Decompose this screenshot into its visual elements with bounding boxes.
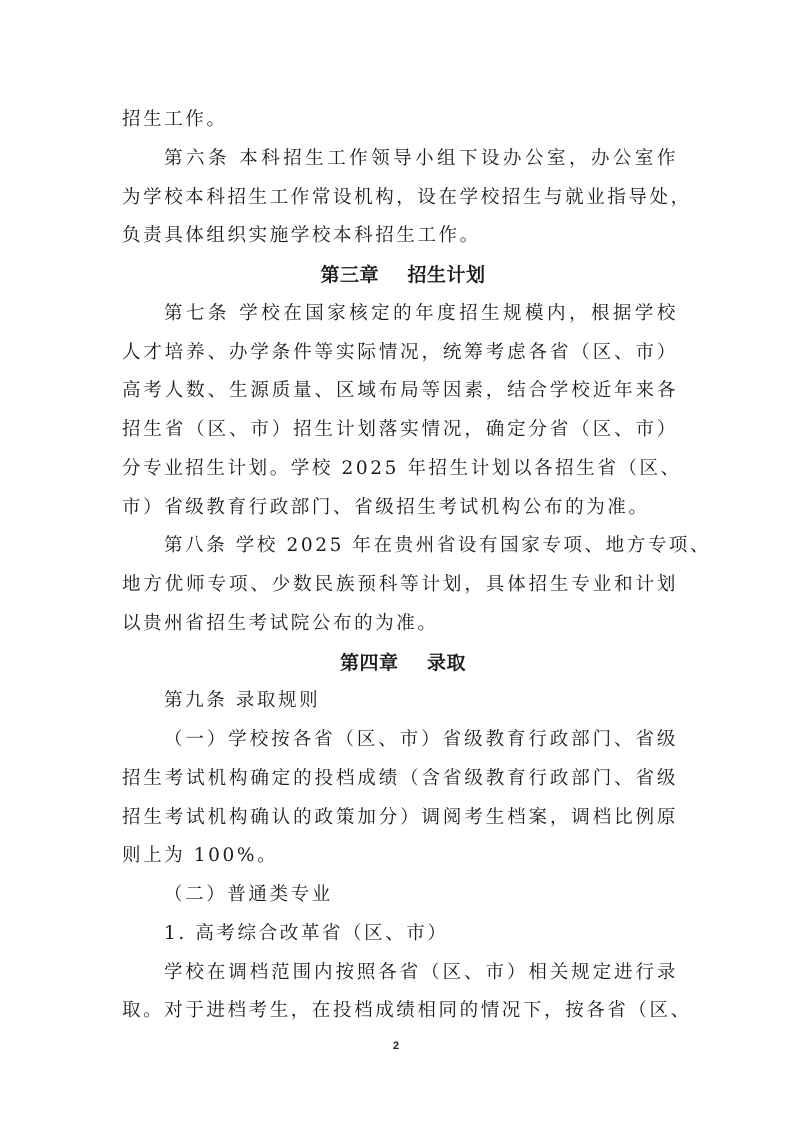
paragraph-first-line: 第九条 录取规则 [122, 682, 678, 721]
paragraph-first-line: （二）普通类专业 [122, 876, 678, 915]
paragraph-line: 地方优师专项、少数民族预科等计划，具体招生专业和计划 [122, 566, 678, 605]
paragraph-line: 为学校本科招生工作常设机构，设在学校招生与就业指导处， [122, 179, 678, 218]
paragraph-line: 负责具体组织实施学校本科招生工作。 [122, 217, 678, 256]
paragraph-line: 分专业招生计划。学校 2025 年招生计划以各招生省（区、 [122, 450, 678, 489]
page-number: 2 [0, 1040, 792, 1052]
paragraph-line: 则上为 100%。 [122, 837, 678, 876]
paragraph-line: 取。对于进档考生，在投档成绩相同的情况下，按各省（区、 [122, 992, 678, 1031]
paragraph-line: 招生省（区、市）招生计划落实情况，确定分省（区、市） [122, 411, 678, 450]
paragraph-line: 招生工作。 [122, 101, 678, 140]
paragraph-line: 招生考试机构确认的政策加分）调阅考生档案，调档比例原 [122, 799, 678, 838]
paragraph-line: 人才培养、办学条件等实际情况，统筹考虑各省（区、市） [122, 334, 678, 373]
paragraph-line: 市）省级教育行政部门、省级招生考试机构公布的为准。 [122, 489, 678, 528]
paragraph-line: 以贵州省招生考试院公布的为准。 [122, 605, 678, 644]
paragraph-first-line: 第七条 学校在国家核定的年度招生规模内，根据学校 [122, 295, 678, 334]
document-page: 招生工作。第六条 本科招生工作领导小组下设办公室，办公室作为学校本科招生工作常设… [122, 101, 678, 1031]
paragraph-first-line: 第六条 本科招生工作领导小组下设办公室，办公室作 [122, 140, 678, 179]
paragraph-line: 招生考试机构确定的投档成绩（含省级教育行政部门、省级 [122, 760, 678, 799]
paragraph-first-line: 第八条 学校 2025 年在贵州省设有国家专项、地方专项、 [122, 527, 678, 566]
chapter-heading: 第三章 招生计划 [122, 256, 678, 295]
paragraph-first-line: 1. 高考综合改革省（区、市） [122, 915, 678, 954]
paragraph-first-line: （一）学校按各省（区、市）省级教育行政部门、省级 [122, 721, 678, 760]
paragraph-first-line: 学校在调档范围内按照各省（区、市）相关规定进行录 [122, 954, 678, 993]
paragraph-line: 高考人数、生源质量、区域布局等因素，结合学校近年来各 [122, 372, 678, 411]
chapter-heading: 第四章 录取 [122, 644, 678, 683]
